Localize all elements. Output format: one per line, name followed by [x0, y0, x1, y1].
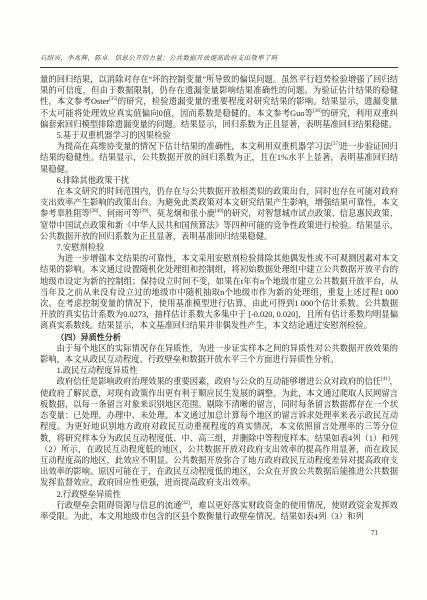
heading: 2.行政壁垒异质性	[40, 489, 398, 500]
paragraph: 行政壁垒会阻碍资源与信息的流通[42]，难以更好落实财政资金的使用情况，使财政资…	[40, 500, 398, 522]
document-page: 石绍宾，李兆辉，陈卓．信息公开的力量：公共数据开放提高政府支出效率了吗 量的回归…	[0, 0, 427, 600]
citation-marker: [40]	[215, 209, 224, 215]
citation-marker: [38]	[90, 209, 99, 215]
heading: 5.基于双重机器学习的因果检验	[40, 130, 398, 141]
citation-marker: [41]	[381, 377, 390, 383]
citation-marker: [37]	[331, 141, 340, 147]
paragraph: 在本文研究的时间范围内，仍存在与公共数据开放相类似的政策出台，同时也存在可能对政…	[40, 186, 398, 242]
article-body: 量的回归结果，以消除对存在“坏的控制变量”所导致的偏误问题。虽然平行趋势检验增强…	[40, 74, 398, 522]
citation-marker: [36]	[313, 108, 322, 114]
page-number: 71	[371, 529, 378, 537]
heading: 7.安慰剂检验	[40, 242, 398, 253]
page-content: 石绍宾，李兆辉，陈卓．信息公开的力量：公共数据开放提高政府支出效率了吗 量的回归…	[40, 54, 398, 522]
heading: （四）异质性分析	[40, 332, 398, 343]
paragraph: 为进一步增强本文结果的可靠性，本文采用安慰剂检验排除其他偶发性或不可观测因素对本…	[40, 253, 398, 331]
citation-marker: [35]	[109, 97, 118, 103]
heading: 6.排除其他政策干扰	[40, 175, 398, 186]
citation-marker: [42]	[181, 500, 190, 506]
paragraph: 由于每个地区的实际情况存在异质性，为进一步证实样本之间的异质性对公共数据开放效果…	[40, 343, 398, 365]
heading: 1.政民互动程度异质性	[40, 365, 398, 376]
running-header: 石绍宾，李兆辉，陈卓．信息公开的力量：公共数据开放提高政府支出效率了吗	[40, 54, 398, 68]
citation-marker: [39]	[140, 209, 149, 215]
paragraph: 为提高在高维协变量的情况下估计结果的准确性，本文利用双重机器学习法[37]进一步…	[40, 141, 398, 175]
paragraph: 政府信任是影响政府治理效果的重要因素，政府与公众的互动能够增进公众对政府的信任[…	[40, 376, 398, 488]
paragraph: 量的回归结果，以消除对存在“坏的控制变量”所导致的偏误问题。虽然平行趋势检验增强…	[40, 74, 398, 130]
